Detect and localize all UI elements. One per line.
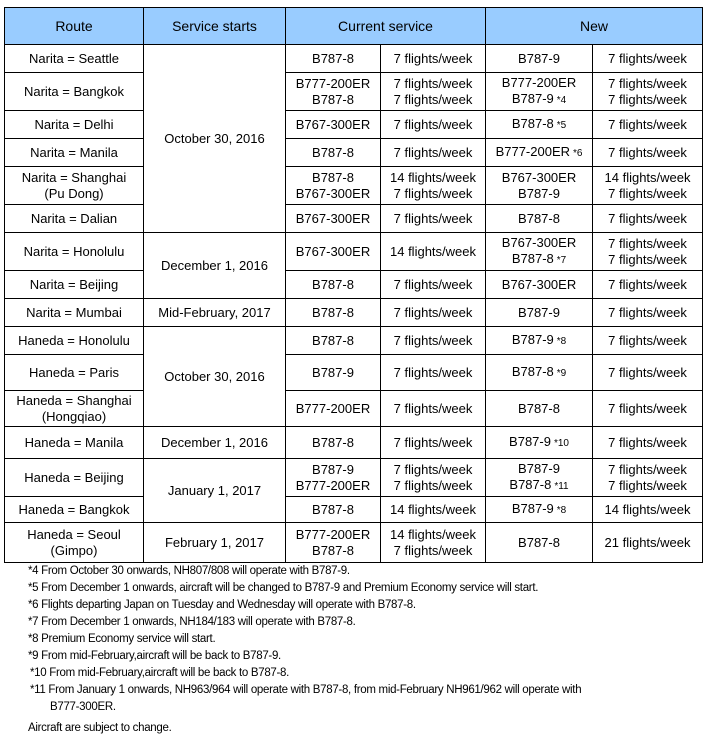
aircraft-name: B767-300ER [502,235,576,250]
route-cell-line: Narita = Shanghai [7,170,141,186]
table-row: Narita = DelhiB767-300ER7 flights/weekB7… [5,111,703,139]
current-aircraft-cell-line: B787-8 [288,145,378,161]
new-aircraft-line: B787-8*11 [488,477,590,495]
current-frequency-cell: 14 flights/week7 flights/week [381,167,486,205]
current-aircraft-cell-line: B787-8 [288,51,378,67]
current-frequency-cell: 7 flights/week [381,299,486,327]
service-starts-cell: February 1, 2017 [144,523,286,563]
footnote: *9 From mid-February,aircraft will be ba… [28,648,704,665]
aircraft-name: B787-8 [518,211,560,226]
service-starts-cell: January 1, 2017 [144,459,286,523]
current-aircraft-cell: B767-300ER [286,233,381,271]
current-aircraft-cell-line: B767-300ER [288,211,378,227]
current-frequency-cell-line: 7 flights/week [383,305,483,321]
route-cell-line: Narita = Seattle [7,51,141,67]
route-cell-line: Narita = Manila [7,145,141,161]
table-row: Narita = ManilaB787-87 flights/weekB777-… [5,139,703,167]
current-aircraft-cell: B787-8 [286,45,381,73]
aircraft-name: B787-9 [518,51,560,66]
current-aircraft-cell-line: B767-300ER [288,244,378,260]
table-row: Haneda = ManilaDecember 1, 2016B787-87 f… [5,427,703,459]
footnote-marker: *6 [573,148,582,159]
current-aircraft-cell-line: B787-8 [288,170,378,186]
new-aircraft-line: B787-9 [488,51,590,67]
current-aircraft-cell-line: B787-8 [288,333,378,349]
new-frequency-cell: 7 flights/week [593,271,703,299]
current-aircraft-cell: B787-8B767-300ER [286,167,381,205]
current-aircraft-cell: B777-200ER [286,391,381,427]
route-cell-line: Narita = Dalian [7,211,141,227]
footnote-text: *6 Flights departing Japan on Tuesday an… [28,599,416,611]
current-frequency-cell-line: 7 flights/week [383,51,483,67]
new-aircraft-cell: B787-9 [486,299,593,327]
route-cell-line: Haneda = Manila [7,435,141,451]
new-aircraft-line: B787-9*4 [488,91,590,109]
new-aircraft-line: B787-9*10 [488,434,590,452]
new-aircraft-cell: B787-9B787-8*11 [486,459,593,497]
footnote: *7 From December 1 onwards, NH184/183 wi… [28,614,704,631]
new-frequency-cell: 7 flights/week [593,355,703,391]
new-frequency-cell: 7 flights/week [593,327,703,355]
new-frequency-cell-line: 7 flights/week [595,51,700,67]
current-frequency-cell-line: 7 flights/week [383,543,483,559]
current-aircraft-cell: B767-300ER [286,111,381,139]
disclaimer: Aircraft are subject to change. [28,722,171,734]
route-cell-line: Narita = Honolulu [7,244,141,260]
service-starts-cell: December 1, 2016 [144,427,286,459]
route-cell-line: Haneda = Honolulu [7,333,141,349]
current-frequency-cell-line: 14 flights/week [383,527,483,543]
aircraft-name: B787-8 [509,477,551,492]
route-cell: Haneda = Bangkok [5,497,144,523]
new-aircraft-cell: B787-8 [486,391,593,427]
new-aircraft-cell: B787-8 [486,523,593,563]
new-aircraft-cell: B787-8*5 [486,111,593,139]
new-aircraft-line: B787-8*5 [488,116,590,134]
table-row: Narita = Shanghai(Pu Dong)B787-8B767-300… [5,167,703,205]
new-aircraft-line: B787-8*9 [488,364,590,382]
route-cell-line: Narita = Bangkok [7,84,141,100]
current-aircraft-cell-line: B787-8 [288,435,378,451]
new-aircraft-cell: B787-9 [486,45,593,73]
footnote-text: *4 From October 30 onwards, NH807/808 wi… [28,565,350,577]
table-row: Narita = DalianB767-300ER7 flights/weekB… [5,205,703,233]
new-frequency-cell-line: 14 flights/week [595,170,700,186]
new-aircraft-cell: B777-200ERB787-9*4 [486,73,593,111]
current-frequency-cell: 7 flights/week [381,355,486,391]
current-aircraft-cell: B767-300ER [286,205,381,233]
new-frequency-cell: 7 flights/week [593,111,703,139]
route-cell: Narita = Mumbai [5,299,144,327]
new-frequency-cell: 7 flights/week7 flights/week [593,459,703,497]
footnote-marker: *9 [557,368,566,379]
current-frequency-cell-line: 7 flights/week [383,478,483,494]
new-frequency-cell-line: 21 flights/week [595,535,700,551]
current-aircraft-cell-line: B767-300ER [288,117,378,133]
new-frequency-cell: 7 flights/week [593,139,703,167]
aircraft-name: B787-8 [518,535,560,550]
aircraft-name: B787-9 [518,305,560,320]
new-aircraft-cell: B777-200ER*6 [486,139,593,167]
current-frequency-cell-line: 7 flights/week [383,277,483,293]
route-cell: Narita = Seattle [5,45,144,73]
service-starts-cell: Mid-February, 2017 [144,299,286,327]
route-cell: Narita = Honolulu [5,233,144,271]
current-frequency-cell-line: 7 flights/week [383,211,483,227]
current-aircraft-cell-line: B787-8 [288,502,378,518]
aircraft-name: B787-8 [512,364,554,379]
new-aircraft-line: B777-200ER [488,75,590,91]
new-aircraft-cell: B787-9*8 [486,497,593,523]
current-frequency-cell: 7 flights/week [381,111,486,139]
footnotes: *4 From October 30 onwards, NH807/808 wi… [28,563,704,716]
current-aircraft-cell-line: B787-8 [288,277,378,293]
route-cell: Haneda = Beijing [5,459,144,497]
footnote: *11 From January 1 onwards, NH963/964 wi… [28,682,704,716]
route-cell: Haneda = Shanghai(Hongqiao) [5,391,144,427]
new-aircraft-cell: B767-300ERB787-9 [486,167,593,205]
footnote-text: *9 From mid-February,aircraft will be ba… [28,650,281,662]
current-aircraft-cell-line: B777-200ER [288,401,378,417]
new-frequency-cell-line: 7 flights/week [595,462,700,478]
new-frequency-cell-line: 7 flights/week [595,236,700,252]
current-aircraft-cell-line: B777-200ER [288,478,378,494]
current-frequency-cell: 7 flights/week7 flights/week [381,459,486,497]
header-new: New [486,8,703,45]
current-aircraft-cell-line: B787-9 [288,462,378,478]
current-frequency-cell-line: 7 flights/week [383,92,483,108]
new-aircraft-line: B787-9*8 [488,332,590,350]
current-aircraft-cell-line: B787-9 [288,365,378,381]
aircraft-name: B777-200ER [496,144,570,159]
table-row: Narita = MumbaiMid-February, 2017B787-87… [5,299,703,327]
new-frequency-cell-line: 7 flights/week [595,76,700,92]
aircraft-name: B787-9 [512,332,554,347]
current-frequency-cell-line: 14 flights/week [383,170,483,186]
new-aircraft-line: B787-9 [488,461,590,477]
new-frequency-cell-line: 7 flights/week [595,333,700,349]
new-aircraft-cell: B767-300ER [486,271,593,299]
new-aircraft-line: B787-9 [488,305,590,321]
footnote: *8 Premium Economy service will start. [28,631,704,648]
new-frequency-cell-line: 7 flights/week [595,365,700,381]
header-route: Route [5,8,144,45]
current-aircraft-cell-line: B777-200ER [288,527,378,543]
current-frequency-cell-line: 14 flights/week [383,244,483,260]
new-frequency-cell: 7 flights/week [593,391,703,427]
new-frequency-cell-line: 7 flights/week [595,92,700,108]
table-row: Narita = BangkokB777-200ERB787-87 flight… [5,73,703,111]
new-aircraft-line: B777-200ER*6 [488,144,590,162]
route-cell: Haneda = Seoul(Gimpo) [5,523,144,563]
route-cell-line: Haneda = Shanghai [7,393,141,409]
current-aircraft-cell: B787-8 [286,427,381,459]
route-cell-line: Narita = Beijing [7,277,141,293]
footnote-text: *7 From December 1 onwards, NH184/183 wi… [28,616,356,628]
route-cell: Haneda = Manila [5,427,144,459]
current-aircraft-cell: B777-200ERB787-8 [286,73,381,111]
footnote-text: *8 Premium Economy service will start. [28,633,215,645]
new-frequency-cell-line: 7 flights/week [595,435,700,451]
table-body: Narita = SeattleOctober 30, 2016B787-87 … [5,45,703,563]
footnote-text: *5 From December 1 onwards, aircraft wil… [28,582,538,594]
aircraft-name: B787-9 [509,434,551,449]
new-frequency-cell-line: 7 flights/week [595,305,700,321]
footnote-marker: *8 [557,336,566,347]
footnote-marker: *11 [554,481,568,492]
footnote-continuation: B777-300ER. [30,699,704,716]
current-frequency-cell-line: 7 flights/week [383,365,483,381]
new-frequency-cell-line: 14 flights/week [595,502,700,518]
current-frequency-cell-line: 7 flights/week [383,145,483,161]
new-aircraft-cell: B787-8*9 [486,355,593,391]
new-frequency-cell: 7 flights/week [593,427,703,459]
route-cell-line: Haneda = Beijing [7,470,141,486]
current-aircraft-cell: B787-9 [286,355,381,391]
new-frequency-cell-line: 7 flights/week [595,145,700,161]
new-aircraft-line: B787-9 [488,186,590,202]
current-aircraft-cell-line: B787-8 [288,543,378,559]
table-row: Narita = SeattleOctober 30, 2016B787-87 … [5,45,703,73]
aircraft-name: B787-9 [518,461,560,476]
service-starts-cell: October 30, 2016 [144,327,286,427]
aircraft-name: B787-8 [518,401,560,416]
table-header-row: Route Service starts Current service New [5,8,703,45]
new-frequency-cell: 7 flights/week [593,45,703,73]
footnote: *10 From mid-February,aircraft will be b… [28,665,704,682]
current-aircraft-cell-line: B777-200ER [288,76,378,92]
route-cell: Haneda = Paris [5,355,144,391]
footnote-text: *11 From January 1 onwards, NH963/964 wi… [30,684,581,696]
footnote-marker: *7 [557,255,566,266]
route-cell: Narita = Delhi [5,111,144,139]
route-cell: Narita = Manila [5,139,144,167]
current-aircraft-cell-line: B787-8 [288,305,378,321]
route-cell: Narita = Bangkok [5,73,144,111]
aircraft-name: B787-8 [512,116,554,131]
current-aircraft-cell: B787-8 [286,139,381,167]
route-cell-line: (Hongqiao) [7,409,141,425]
current-aircraft-cell-line: B787-8 [288,92,378,108]
aircraft-name: B787-9 [512,501,554,516]
new-frequency-cell-line: 7 flights/week [595,252,700,268]
table-row: Haneda = BangkokB787-814 flights/weekB78… [5,497,703,523]
table-row: Narita = BeijingB787-87 flights/weekB767… [5,271,703,299]
header-service-starts: Service starts [144,8,286,45]
new-aircraft-cell: B787-9*8 [486,327,593,355]
footnote-marker: *8 [557,505,566,516]
new-frequency-cell-line: 7 flights/week [595,117,700,133]
footnote: *5 From December 1 onwards, aircraft wil… [28,580,704,597]
footnote-marker: *4 [557,95,566,106]
footnote-marker: *10 [554,438,569,449]
new-frequency-cell: 7 flights/week [593,205,703,233]
service-starts-cell: December 1, 2016 [144,233,286,299]
aircraft-name: B777-200ER [502,75,576,90]
footnote: *6 Flights departing Japan on Tuesday an… [28,597,704,614]
new-frequency-cell-line: 7 flights/week [595,401,700,417]
new-frequency-cell: 7 flights/week7 flights/week [593,233,703,271]
route-cell-line: Narita = Delhi [7,117,141,133]
new-frequency-cell: 7 flights/week [593,299,703,327]
current-frequency-cell-line: 7 flights/week [383,333,483,349]
new-frequency-cell: 7 flights/week7 flights/week [593,73,703,111]
current-aircraft-cell: B787-8 [286,327,381,355]
aircraft-name: B787-9 [512,91,554,106]
current-frequency-cell: 14 flights/week [381,497,486,523]
current-frequency-cell-line: 7 flights/week [383,76,483,92]
service-starts-cell: October 30, 2016 [144,45,286,233]
route-cell: Narita = Beijing [5,271,144,299]
current-frequency-cell: 7 flights/week [381,205,486,233]
current-frequency-cell: 7 flights/week7 flights/week [381,73,486,111]
current-frequency-cell: 7 flights/week [381,45,486,73]
current-frequency-cell: 14 flights/week7 flights/week [381,523,486,563]
current-frequency-cell-line: 7 flights/week [383,117,483,133]
table-row: Haneda = BeijingJanuary 1, 2017B787-9B77… [5,459,703,497]
new-aircraft-line: B787-8 [488,211,590,227]
footnote-marker: *5 [557,120,566,131]
new-aircraft-cell: B767-300ERB787-8*7 [486,233,593,271]
aircraft-name: B787-8 [512,251,554,266]
aircraft-name: B767-300ER [502,277,576,292]
new-aircraft-line: B767-300ER [488,170,590,186]
new-frequency-cell-line: 7 flights/week [595,186,700,202]
new-frequency-cell: 14 flights/week [593,497,703,523]
table-row: Haneda = Shanghai(Hongqiao)B777-200ER7 f… [5,391,703,427]
current-frequency-cell: 7 flights/week [381,327,486,355]
new-frequency-cell-line: 7 flights/week [595,211,700,227]
table-row: Haneda = ParisB787-97 flights/weekB787-8… [5,355,703,391]
current-frequency-cell: 7 flights/week [381,427,486,459]
new-aircraft-line: B787-8*7 [488,251,590,269]
current-frequency-cell-line: 7 flights/week [383,462,483,478]
route-schedule-table: Route Service starts Current service New… [4,7,703,563]
new-frequency-cell: 14 flights/week7 flights/week [593,167,703,205]
current-aircraft-cell-line: B767-300ER [288,186,378,202]
route-cell-line: (Pu Dong) [7,186,141,202]
table-row: Haneda = HonoluluOctober 30, 2016B787-87… [5,327,703,355]
new-aircraft-cell: B787-8 [486,205,593,233]
new-frequency-cell: 21 flights/week [593,523,703,563]
route-cell: Narita = Shanghai(Pu Dong) [5,167,144,205]
current-aircraft-cell: B787-9B777-200ER [286,459,381,497]
current-frequency-cell: 7 flights/week [381,271,486,299]
new-aircraft-line: B767-300ER [488,235,590,251]
current-aircraft-cell: B787-8 [286,497,381,523]
new-aircraft-line: B787-8 [488,401,590,417]
route-cell-line: (Gimpo) [7,543,141,559]
footnote-text: *10 From mid-February,aircraft will be b… [30,667,289,679]
new-aircraft-line: B767-300ER [488,277,590,293]
current-frequency-cell-line: 7 flights/week [383,186,483,202]
route-cell: Narita = Dalian [5,205,144,233]
aircraft-name: B787-9 [518,186,560,201]
table-row: Haneda = Seoul(Gimpo)February 1, 2017B77… [5,523,703,563]
route-cell: Haneda = Honolulu [5,327,144,355]
aircraft-name: B767-300ER [502,170,576,185]
footnote: *4 From October 30 onwards, NH807/808 wi… [28,563,704,580]
route-cell-line: Haneda = Seoul [7,527,141,543]
current-frequency-cell-line: 14 flights/week [383,502,483,518]
route-cell-line: Haneda = Bangkok [7,502,141,518]
current-aircraft-cell: B777-200ERB787-8 [286,523,381,563]
current-frequency-cell: 14 flights/week [381,233,486,271]
new-frequency-cell-line: 7 flights/week [595,277,700,293]
current-aircraft-cell: B787-8 [286,299,381,327]
route-cell-line: Haneda = Paris [7,365,141,381]
new-frequency-cell-line: 7 flights/week [595,478,700,494]
new-aircraft-cell: B787-9*10 [486,427,593,459]
route-cell-line: Narita = Mumbai [7,305,141,321]
table-row: Narita = HonoluluDecember 1, 2016B767-30… [5,233,703,271]
header-current-service: Current service [286,8,486,45]
new-aircraft-line: B787-9*8 [488,501,590,519]
current-frequency-cell: 7 flights/week [381,139,486,167]
current-aircraft-cell: B787-8 [286,271,381,299]
new-aircraft-line: B787-8 [488,535,590,551]
current-frequency-cell-line: 7 flights/week [383,435,483,451]
current-frequency-cell-line: 7 flights/week [383,401,483,417]
current-frequency-cell: 7 flights/week [381,391,486,427]
